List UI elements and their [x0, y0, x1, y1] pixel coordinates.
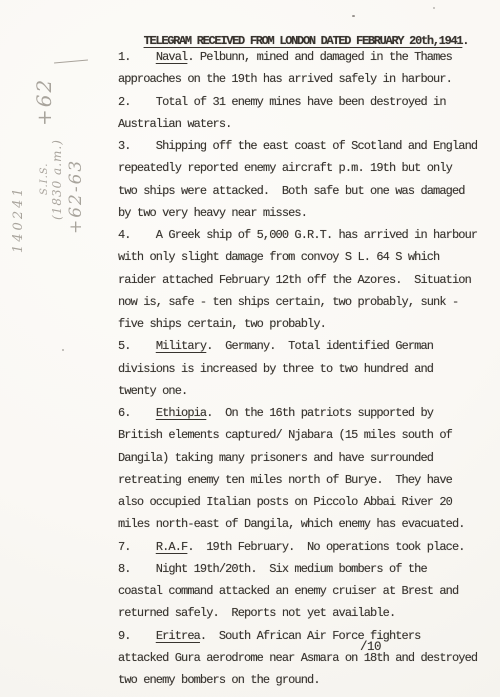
typed-text: . Pelbunn, mined and damaged in the Tham…: [187, 50, 452, 64]
scan-speck: [433, 7, 435, 9]
typed-text: . South African Air Force fighters: [200, 629, 421, 643]
document-line: 9. Eritrea. South African Air Force figh…: [118, 625, 490, 647]
pencil-annotation: +62-63: [66, 159, 86, 234]
typed-text: 8. Night 19th/20th. Six medium bombers o…: [118, 562, 427, 576]
typed-text: 1.: [118, 50, 156, 64]
underlined-section-word: Military: [156, 339, 206, 353]
document-line: 8. Night 19th/20th. Six medium bombers o…: [118, 558, 490, 580]
document-line: 7. R.A.F. 19th February. No operations t…: [118, 536, 490, 558]
document-line: 6. Ethiopia. On the 16th patriots suppor…: [118, 402, 490, 424]
typed-text: coastal command attacked an enemy cruise…: [118, 584, 458, 598]
underlined-section-word: Ethiopia: [156, 406, 206, 420]
typed-text: also occupied Italian posts on Piccolo A…: [118, 495, 452, 509]
typed-text: 5.: [118, 339, 156, 353]
typed-text: raider attached February 12th off the Az…: [118, 273, 471, 287]
document-line: retreating enemy ten miles north of Bury…: [118, 469, 490, 491]
typed-text: . 19th February. No operations took plac…: [187, 540, 464, 554]
document-line: twenty one.: [118, 380, 490, 402]
document-line: also occupied Italian posts on Piccolo A…: [118, 491, 490, 513]
scanned-telegram-page: TELEGRAM RECEIVED FROM LONDON DATED FEBR…: [0, 0, 500, 697]
document-line: coastal command attacked an enemy cruise…: [118, 580, 490, 602]
underlined-section-word: Eritrea: [156, 629, 200, 643]
typed-text: . Germany. Total identified German: [206, 339, 433, 353]
typed-text: 4. A Greek ship of 5,000 G.R.T. has arri…: [118, 228, 477, 242]
underlined-section-word: Naval: [156, 50, 188, 64]
typed-text: British elements captured/ Njabara (15 m…: [118, 428, 452, 442]
document-line: Dangila) taking many prisoners and have …: [118, 447, 490, 469]
typed-text: divisions is increased by three to two h…: [118, 362, 433, 376]
document-line: returned safely. Reports not yet availab…: [118, 602, 490, 624]
typed-text: 6.: [118, 406, 156, 420]
pencil-annotation: 140241: [11, 185, 26, 253]
document-line: 1. Naval. Pelbunn, mined and damaged in …: [118, 46, 490, 68]
document-line: five ships certain, two probably.: [118, 313, 490, 335]
typed-text: retreating enemy ten miles north of Bury…: [118, 473, 452, 487]
document-line: miles north-east of Dangila, which enemy…: [118, 513, 490, 535]
document-line: now is, safe - ten ships certain, two pr…: [118, 291, 490, 313]
document-line: repeatedly reported enemy aircraft p.m. …: [118, 157, 490, 179]
typed-text: Australian waters.: [118, 117, 231, 131]
pencil-stroke: [54, 60, 88, 64]
scan-speck: [62, 349, 64, 351]
document-line: 5. Military. Germany. Total identified G…: [118, 335, 490, 357]
document-line: approaches on the 19th has arrived safel…: [118, 68, 490, 90]
typed-text: 2. Total of 31 enemy mines have been des…: [118, 95, 446, 109]
document-line: 2. Total of 31 enemy mines have been des…: [118, 91, 490, 113]
document-line: 3. Shipping off the east coast of Scotla…: [118, 135, 490, 157]
pencil-annotation: S.I.S.: [39, 163, 50, 195]
document-line: two enemy bombers on the ground.: [118, 669, 490, 691]
typed-text: now is, safe - ten ships certain, two pr…: [118, 295, 458, 309]
document-body: 1. Naval. Pelbunn, mined and damaged in …: [118, 46, 490, 691]
typed-text: returned safely. Reports not yet availab…: [118, 606, 395, 620]
typed-text: repeatedly reported enemy aircraft p.m. …: [118, 161, 452, 175]
document-line: 4. A Greek ship of 5,000 G.R.T. has arri…: [118, 224, 490, 246]
document-line: Australian waters.: [118, 113, 490, 135]
document-line: attacked Gura aerodrome near Asmara on 1…: [118, 647, 490, 669]
typed-text: miles north-east of Dangila, which enemy…: [118, 517, 465, 531]
document-line: raider attached February 12th off the Az…: [118, 269, 490, 291]
typed-text: two enemy bombers on the ground.: [118, 673, 320, 687]
pencil-annotation: (1830 a.m.): [50, 139, 64, 220]
scan-speck: [352, 15, 355, 17]
page-continuation-ref: /10: [360, 640, 381, 654]
typed-text: 7.: [118, 540, 156, 554]
typed-text: five ships certain, two probably.: [118, 317, 326, 331]
typed-text: . On the 16th patriots supported by: [206, 406, 433, 420]
document-line: divisions is increased by three to two h…: [118, 358, 490, 380]
typed-text: with only slight damage from convoy S L.…: [118, 250, 439, 264]
document-line: with only slight damage from convoy S L.…: [118, 246, 490, 268]
underlined-section-word: R.A.F: [156, 540, 188, 554]
typed-text: Dangila) taking many prisoners and have …: [118, 451, 433, 465]
typed-text: 3. Shipping off the east coast of Scotla…: [118, 139, 477, 153]
document-line: two ships were attacked. Both safe but o…: [118, 180, 490, 202]
typed-text: two ships were attacked. Both safe but o…: [118, 184, 465, 198]
typed-text: attacked Gura aerodrome near Asmara on 1…: [118, 651, 477, 665]
typed-text: twenty one.: [118, 384, 187, 398]
typed-text: approaches on the 19th has arrived safel…: [118, 72, 452, 86]
pencil-annotation: +62: [32, 78, 56, 126]
document-line: British elements captured/ Njabara (15 m…: [118, 424, 490, 446]
document-line: by two very heavy near misses.: [118, 202, 490, 224]
typed-text: 9.: [118, 629, 156, 643]
typed-text: by two very heavy near misses.: [118, 206, 307, 220]
